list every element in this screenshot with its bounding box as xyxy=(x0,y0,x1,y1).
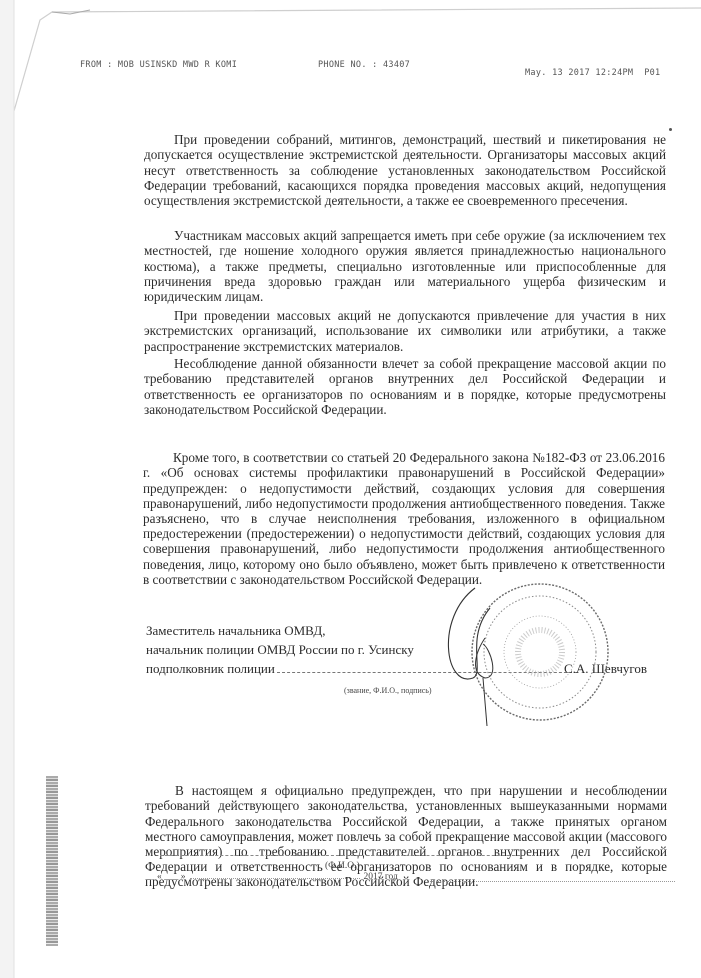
fax-datetime: May. 13 2017 12:24PM P01 xyxy=(525,68,660,78)
fio-caption: (Ф.И.О.) xyxy=(325,861,360,871)
signer-name: С.А. Шевчугов xyxy=(564,659,647,678)
date-field[interactable]: « ___ »2017 год xyxy=(157,872,398,882)
fax-header: FROM : MOB USINSKD MWD R KOMI PHONE NO. … xyxy=(80,60,680,80)
signer-rank: подполковник полиции xyxy=(146,661,275,676)
paragraph-federal-law: Кроме того, в соответствии со статьей 20… xyxy=(143,450,665,587)
paragraph-mass-events: При проведении собраний, митингов, демон… xyxy=(144,132,666,208)
signature-acknowledgment-field[interactable] xyxy=(430,881,675,882)
date-close-quote: » xyxy=(181,872,186,882)
date-open-quote: « xyxy=(157,872,162,882)
signature-field[interactable] xyxy=(277,672,577,673)
fax-phone: PHONE NO. : 43407 xyxy=(318,60,410,70)
scan-mark xyxy=(669,128,672,131)
scan-margin-marks xyxy=(46,776,58,946)
signature-block: Заместитель начальника ОМВД, начальник п… xyxy=(146,621,666,678)
fax-datetime-value: May. 13 2017 12:24PM xyxy=(525,68,633,78)
fio-field[interactable] xyxy=(160,855,535,856)
signature-caption: (звание, Ф.И.О., подпись) xyxy=(344,681,432,700)
paragraph-weapons: Участникам массовых акций запрещается им… xyxy=(144,228,666,304)
paragraph-noncompliance: Несоблюдение данной обязанности влечет з… xyxy=(144,356,666,417)
fax-from: FROM : MOB USINSKD MWD R KOMI xyxy=(80,60,237,70)
signer-title-line-2: начальник полиции ОМВД России по г. Усин… xyxy=(146,640,666,659)
fax-page-number: P01 xyxy=(644,68,660,78)
paragraph-extremist-orgs: При проведении массовых акций не допуска… xyxy=(144,308,666,354)
date-month-field[interactable] xyxy=(190,878,360,879)
date-year: 2017 год xyxy=(364,872,398,882)
signer-title-line-1: Заместитель начальника ОМВД, xyxy=(146,621,666,640)
